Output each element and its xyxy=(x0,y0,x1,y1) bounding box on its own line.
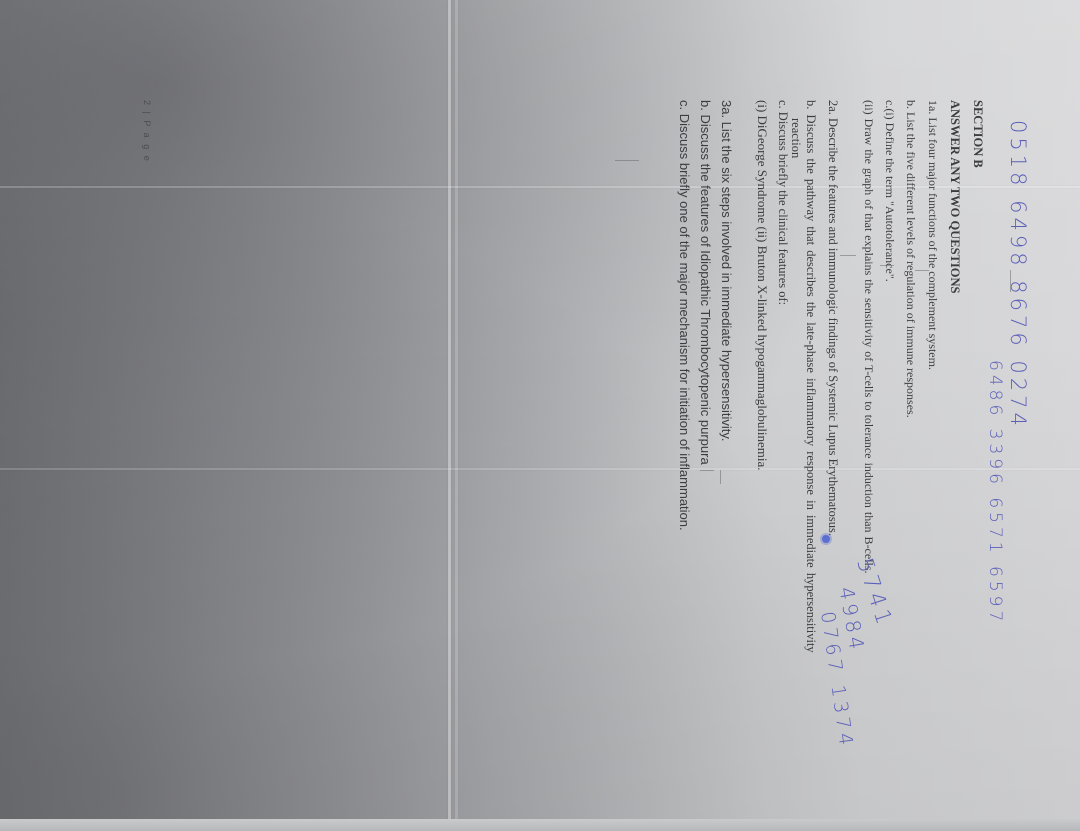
section-heading: SECTION B xyxy=(970,100,985,168)
pencil-mark xyxy=(720,470,721,484)
paper-fold-horizontal-lower xyxy=(0,468,1080,470)
question-2c-sub: (i) DiGeorge Syndrome (ii) Bruton X-link… xyxy=(754,100,770,471)
paper-fold-vertical xyxy=(448,0,451,831)
instruction-text: ANSWER ANY TWO QUESTIONS xyxy=(947,100,962,293)
page-footer: 2 | P a g e xyxy=(142,100,152,163)
photo-shading xyxy=(0,0,1080,831)
pencil-mark-vertical xyxy=(1010,270,1011,292)
pencil-mark xyxy=(880,265,894,266)
question-1b: b. List the five different levels of reg… xyxy=(903,100,918,418)
question-3a: 3a. List the six steps involved in immed… xyxy=(719,100,734,442)
question-2a: 2a. Describe the features and immunologi… xyxy=(825,100,840,536)
question-2b: b. Discuss the pathway that describes th… xyxy=(803,100,818,653)
pencil-mark xyxy=(915,270,929,271)
pencil-mark xyxy=(840,255,856,256)
question-2b-continuation: reaction xyxy=(788,118,803,158)
pencil-mark xyxy=(700,470,714,471)
question-3b: b. Discuss the features of Idiopathic Th… xyxy=(698,100,713,465)
question-3c: c. Discuss briefly one of the major mech… xyxy=(677,100,692,531)
paper-edge xyxy=(0,819,1080,831)
pencil-mark xyxy=(615,160,639,161)
paper-fold-horizontal xyxy=(0,186,1080,188)
question-1a: 1a. List four major functions of the com… xyxy=(925,100,940,370)
paper-fold-vertical-secondary xyxy=(455,0,458,831)
question-1c-ii: (ii) Draw the graph of that explains the… xyxy=(861,100,876,574)
handwritten-right-numbers: 6486 3396 6571 6597 xyxy=(985,360,1005,625)
question-1c-i: c.(i) Define the term "Autotolerance". xyxy=(882,100,897,282)
ink-dot xyxy=(822,535,830,543)
question-2c: c. Discuss briefly the clinical features… xyxy=(775,100,790,305)
